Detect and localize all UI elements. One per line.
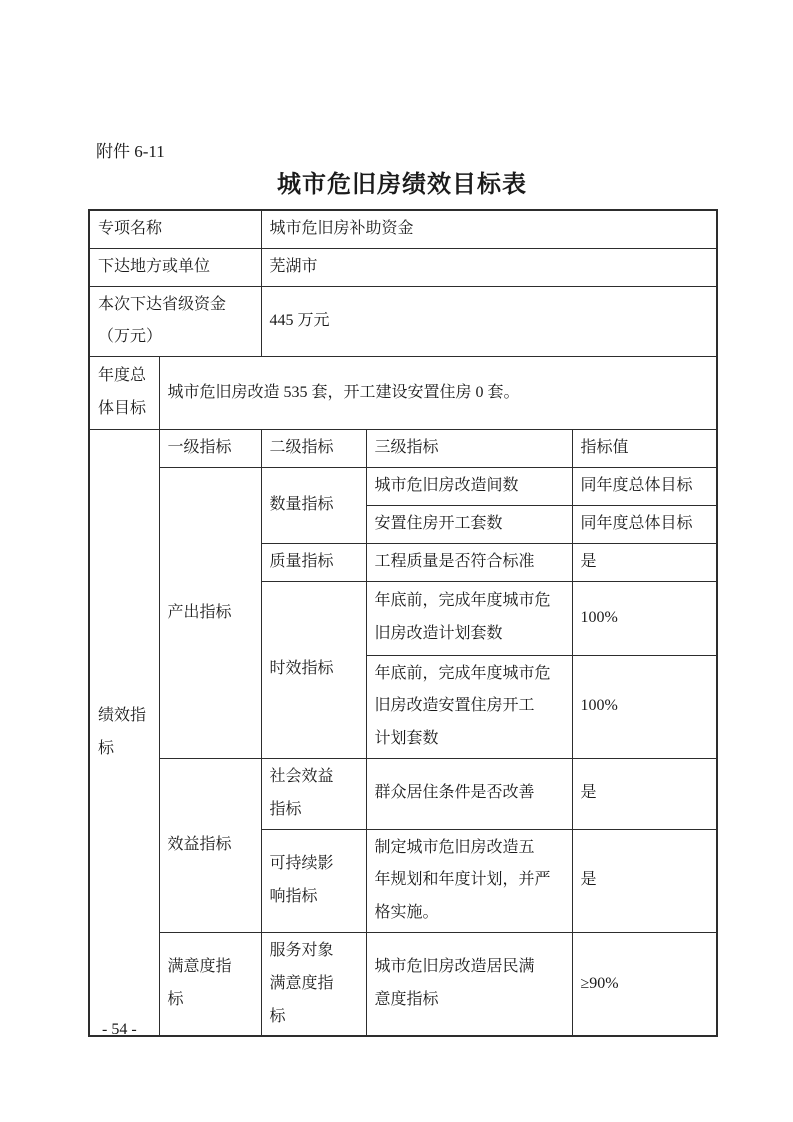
indicator-level3-cell: 年底前，完成年度城市危 旧房改造计划套数 xyxy=(366,581,572,655)
indicator-level2-cell: 数量指标 xyxy=(261,467,366,543)
table-row: 产出指标 数量指标 城市危旧房改造间数 同年度总体目标 xyxy=(89,467,717,505)
table-row: 年度总 体目标 城市危旧房改造 535 套，开工建设安置住房 0 套。 xyxy=(89,357,717,430)
table-row: 专项名称 城市危旧房补助资金 xyxy=(89,210,717,248)
header-level3: 三级指标 xyxy=(366,430,572,468)
table-row: 满意度指 标 服务对象 满意度指 标 城市危旧房改造居民满 意度指标 ≥90% xyxy=(89,932,717,1036)
indicator-level3-cell: 群众居住条件是否改善 xyxy=(366,758,572,829)
indicator-value-cell: 是 xyxy=(572,543,717,581)
indicator-level2-cell: 社会效益 指标 xyxy=(261,758,366,829)
header-level2: 二级指标 xyxy=(261,430,366,468)
indicator-value-cell: 是 xyxy=(572,829,717,932)
indicator-value-cell: ≥90% xyxy=(572,932,717,1036)
indicator-level1-cell: 满意度指 标 xyxy=(159,932,261,1036)
info-value-annual-goal: 城市危旧房改造 535 套，开工建设安置住房 0 套。 xyxy=(159,357,717,430)
header-level1: 一级指标 xyxy=(159,430,261,468)
indicator-value-cell: 100% xyxy=(572,581,717,655)
info-value-project-name: 城市危旧房补助资金 xyxy=(261,210,717,248)
document-page: 附件 6-11 城市危旧房绩效目标表 专项名称 城市危旧房补助资金 下达地方或单… xyxy=(0,0,793,1122)
info-label-annual-goal: 年度总 体目标 xyxy=(89,357,159,430)
info-label-funds: 本次下达省级资金 （万元） xyxy=(89,286,261,357)
table-row: 效益指标 社会效益 指标 群众居住条件是否改善 是 xyxy=(89,758,717,829)
attachment-label: 附件 6-11 xyxy=(96,141,165,163)
page-number: - 54 - xyxy=(102,1019,137,1041)
section-label-performance-indicators: 绩效指 标 xyxy=(89,430,159,1037)
indicator-level3-cell: 城市危旧房改造居民满 意度指标 xyxy=(366,932,572,1036)
indicator-level2-cell: 质量指标 xyxy=(261,543,366,581)
indicator-level2-cell: 服务对象 满意度指 标 xyxy=(261,932,366,1036)
info-value-recipient: 芜湖市 xyxy=(261,248,717,286)
indicator-level3-cell: 工程质量是否符合标准 xyxy=(366,543,572,581)
info-label-project-name: 专项名称 xyxy=(89,210,261,248)
table-row: 绩效指 标 一级指标 二级指标 三级指标 指标值 xyxy=(89,430,717,468)
indicator-level3-cell: 制定城市危旧房改造五 年规划和年度计划，并严 格实施。 xyxy=(366,829,572,932)
indicator-value-cell: 100% xyxy=(572,655,717,758)
indicator-level2-cell: 可持续影 响指标 xyxy=(261,829,366,932)
table-row: 下达地方或单位 芜湖市 xyxy=(89,248,717,286)
indicator-level3-cell: 年底前，完成年度城市危 旧房改造安置住房开工 计划套数 xyxy=(366,655,572,758)
header-value: 指标值 xyxy=(572,430,717,468)
info-value-funds: 445 万元 xyxy=(261,286,717,357)
indicator-level1-cell: 效益指标 xyxy=(159,758,261,932)
page-title: 城市危旧房绩效目标表 xyxy=(88,168,716,202)
indicator-value-cell: 是 xyxy=(572,758,717,829)
performance-target-table: 专项名称 城市危旧房补助资金 下达地方或单位 芜湖市 本次下达省级资金 （万元）… xyxy=(88,209,718,1037)
indicator-value-cell: 同年度总体目标 xyxy=(572,467,717,505)
indicator-level2-cell: 时效指标 xyxy=(261,581,366,758)
indicator-level3-cell: 城市危旧房改造间数 xyxy=(366,467,572,505)
info-label-recipient: 下达地方或单位 xyxy=(89,248,261,286)
indicator-level3-cell: 安置住房开工套数 xyxy=(366,505,572,543)
table-row: 本次下达省级资金 （万元） 445 万元 xyxy=(89,286,717,357)
indicator-level1-cell: 产出指标 xyxy=(159,467,261,758)
indicator-value-cell: 同年度总体目标 xyxy=(572,505,717,543)
